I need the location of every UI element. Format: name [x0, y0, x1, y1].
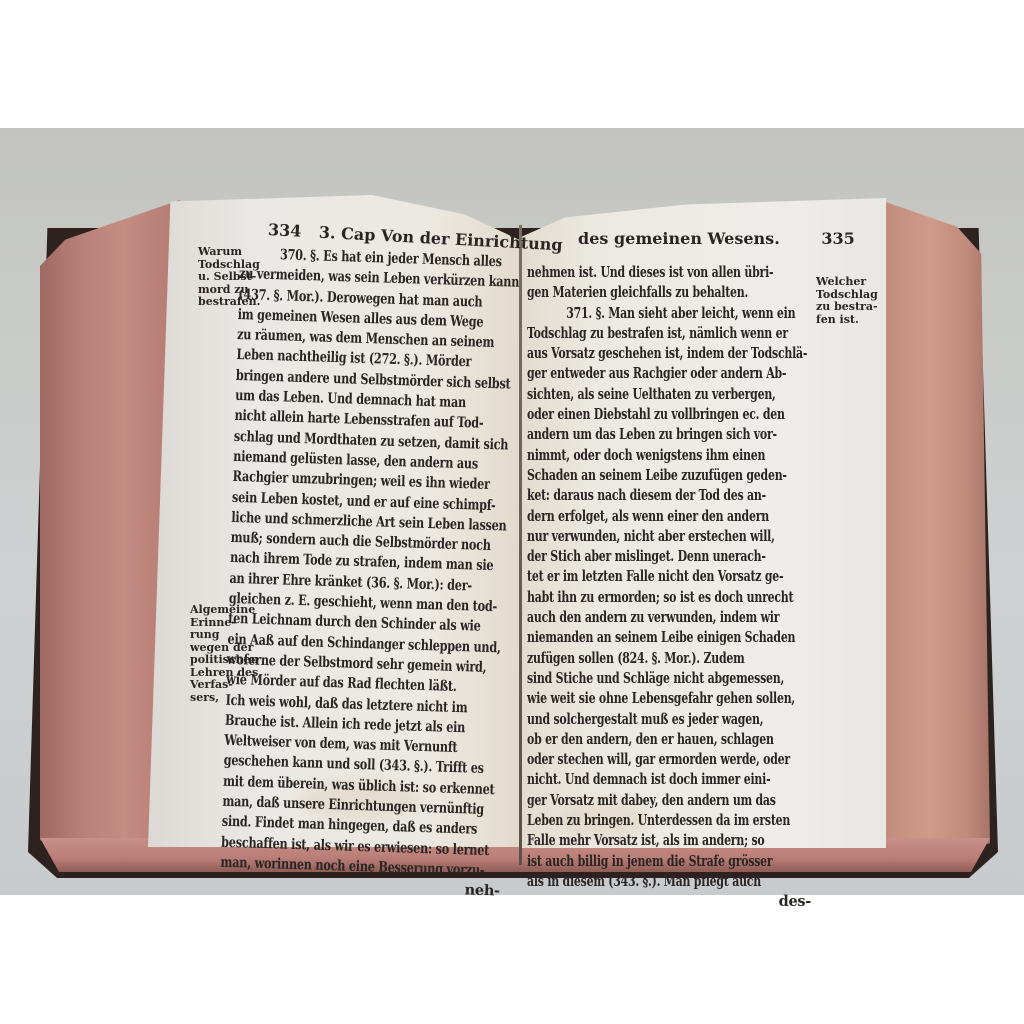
right-page-body: nehmen ist. Und dieses ist von allen übr… — [527, 263, 898, 913]
text-line: ger entweder aus Rachgier oder andern Ab… — [527, 364, 807, 384]
text-line: ist auch billig in jenem die Strafe grös… — [527, 852, 807, 872]
catchword: des- — [527, 892, 811, 912]
page-number: 334 — [268, 220, 302, 241]
text-line: niemanden an seinem Leibe einigen Schade… — [527, 628, 807, 648]
right-running-head: des gemeinen Wesens. 335 — [578, 229, 855, 248]
text-line: 371. §. Man sieht aber leicht, wenn ein — [527, 304, 807, 324]
text-line: habt ihn zu ermorden; so ist es doch unr… — [527, 588, 807, 608]
text-line: aus Vorsatz geschehen ist, indem der Tod… — [527, 344, 807, 364]
text-line: Todschlag zu bestrafen ist, nämlich wenn… — [527, 324, 807, 344]
text-line: gen Materien gleichfalls zu behalten. — [527, 283, 807, 303]
text-line: der Stich aber mislinget. Denn unerach- — [527, 547, 807, 567]
page-number: 335 — [821, 229, 854, 248]
text-line: Leben zu bringen. Unterdessen da im erst… — [527, 811, 807, 831]
text-line: Falle mehr Vorsatz ist, als im andern; s… — [527, 831, 807, 851]
top-white-band — [0, 0, 1024, 128]
text-line: sind Stiche und Schläge nicht abgemessen… — [527, 669, 807, 689]
bottom-white-band — [0, 895, 1024, 1024]
text-line: auch den andern zu verwunden, indem wir — [527, 608, 807, 628]
text-line: ob er den andern, den er hauen, schlagen — [527, 730, 807, 750]
text-line: ket: daraus nach diesem der Tod des an- — [527, 486, 807, 506]
text-line: als in diesem (343. §.). Man pflegt auch — [527, 872, 807, 892]
text-line: dern erfolget, als wenn einer den andern — [527, 507, 807, 527]
text-line: nur verwunden, nicht aber erstechen will… — [527, 527, 807, 547]
text-line: tet er im letzten Falle nicht den Vorsat… — [527, 567, 807, 587]
text-line: oder einen Diebstahl zu vollbringen ec. … — [527, 405, 807, 425]
text-line: ger Vorsatz mit dabey, den andern um das — [527, 791, 807, 811]
text-line: sichten, als seine Uelthaten zu verberge… — [527, 385, 807, 405]
text-line: Schaden an seinem Leibe zuzufügen geden- — [527, 466, 807, 486]
text-line: wie weit sie ohne Lebensgefahr gehen sol… — [527, 689, 807, 709]
text-line: nicht. Und demnach ist doch immer eini- — [527, 770, 807, 790]
text-line: oder stechen will, gar ermorden werde, o… — [527, 750, 807, 770]
text-line: zufügen sollen (824. §. Mor.). Zudem — [527, 649, 807, 669]
text-line: und solchergestalt muß es jeder wagen, — [527, 710, 807, 730]
text-line: andern um das Leben zu bringen sich vor- — [527, 425, 807, 445]
text-line: nehmen ist. Und dieses ist von allen übr… — [527, 263, 807, 283]
text-line: nimmt, oder doch wenigstens ihm einen — [527, 446, 807, 466]
running-head-text: des gemeinen Wesens. — [578, 229, 780, 248]
